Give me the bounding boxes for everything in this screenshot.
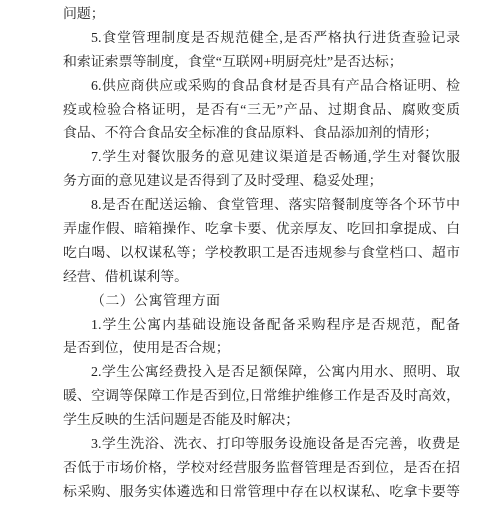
section-heading: （二）公寓管理方面 [63, 290, 460, 314]
paragraph: 5.食堂管理制度是否规范健全,是否严格执行进货查验记录 和索证索票等制度，食堂“… [63, 27, 460, 75]
text-line: 6.供应商供应或采购的食品食材是否具有产品合格证明、检 [63, 75, 460, 99]
text-line: 疫或检验合格证明，是否有“三无”产品、过期食品、腐败变质 [63, 99, 460, 123]
paragraph: 3.学生洗浴、洗衣、打印等服务设施设备是否完善，收费是 否低于市场价格，学校对经… [63, 433, 460, 505]
paragraph: 7.学生对餐饮服务的意见建议渠道是否畅通,学生对餐饮服 务方面的意见建议是否得到… [63, 146, 460, 194]
document-text: 问题； 5.食堂管理制度是否规范健全,是否严格执行进货查验记录 和索证索票等制度… [63, 3, 460, 505]
text-line: 食品、不符合食品安全标准的食品原料、食品添加剂的情形； [63, 122, 460, 146]
paragraph: 6.供应商供应或采购的食品食材是否具有产品合格证明、检 疫或检验合格证明，是否有… [63, 75, 460, 147]
text-line: 是否到位，使用是否合规； [63, 337, 460, 361]
text-line: 1.学生公寓内基础设施设备配备采购程序是否规范，配备 [63, 314, 460, 338]
paragraph: 1.学生公寓内基础设施设备配备采购程序是否规范，配备 是否到位，使用是否合规； [63, 314, 460, 362]
text-line: 否低于市场价格，学校对经营服务监督管理是否到位，是否在招 [63, 457, 460, 481]
text-line: 和索证索票等制度，食堂“互联网+明厨亮灶”是否达标； [63, 51, 460, 75]
text-line: 经营、借机谋利等。 [63, 266, 460, 290]
text-line: 标采购、服务实体遴选和日常管理中存在以权谋私、吃拿卡要等 [63, 481, 460, 505]
text-line: 5.食堂管理制度是否规范健全,是否严格执行进货查验记录 [63, 27, 460, 51]
text-line: 7.学生对餐饮服务的意见建议渠道是否畅通,学生对餐饮服 [63, 146, 460, 170]
text-line: 务方面的意见建议是否得到了及时受理、稳妥处理； [63, 170, 460, 194]
paragraph: （二）公寓管理方面 [63, 290, 460, 314]
text-line: 问题； [63, 3, 460, 27]
paragraph: 8.是否在配送运输、食堂管理、落实陪餐制度等各个环节中 弄虚作假、暗箱操作、吃拿… [63, 194, 460, 290]
text-line: 弄虚作假、暗箱操作、吃拿卡要、优亲厚友、吃回扣拿提成、白 [63, 218, 460, 242]
text-line: 暖、空调等保障工作是否到位,日常维护维修工作是否及时高效， [63, 385, 460, 409]
document-page: 问题； 5.食堂管理制度是否规范健全,是否严格执行进货查验记录 和索证索票等制度… [0, 0, 482, 506]
text-line: 学生反映的生活问题是否能及时解决； [63, 409, 460, 433]
text-line: 吃白喝、以权谋私等；学校教职工是否违规参与食堂档口、超市 [63, 242, 460, 266]
paragraph: 问题； [63, 3, 460, 27]
text-line: 2.学生公寓经费投入是否足额保障，公寓内用水、照明、取 [63, 361, 460, 385]
paragraph: 2.学生公寓经费投入是否足额保障，公寓内用水、照明、取 暖、空调等保障工作是否到… [63, 361, 460, 433]
text-line: 3.学生洗浴、洗衣、打印等服务设施设备是否完善，收费是 [63, 433, 460, 457]
text-line: 8.是否在配送运输、食堂管理、落实陪餐制度等各个环节中 [63, 194, 460, 218]
